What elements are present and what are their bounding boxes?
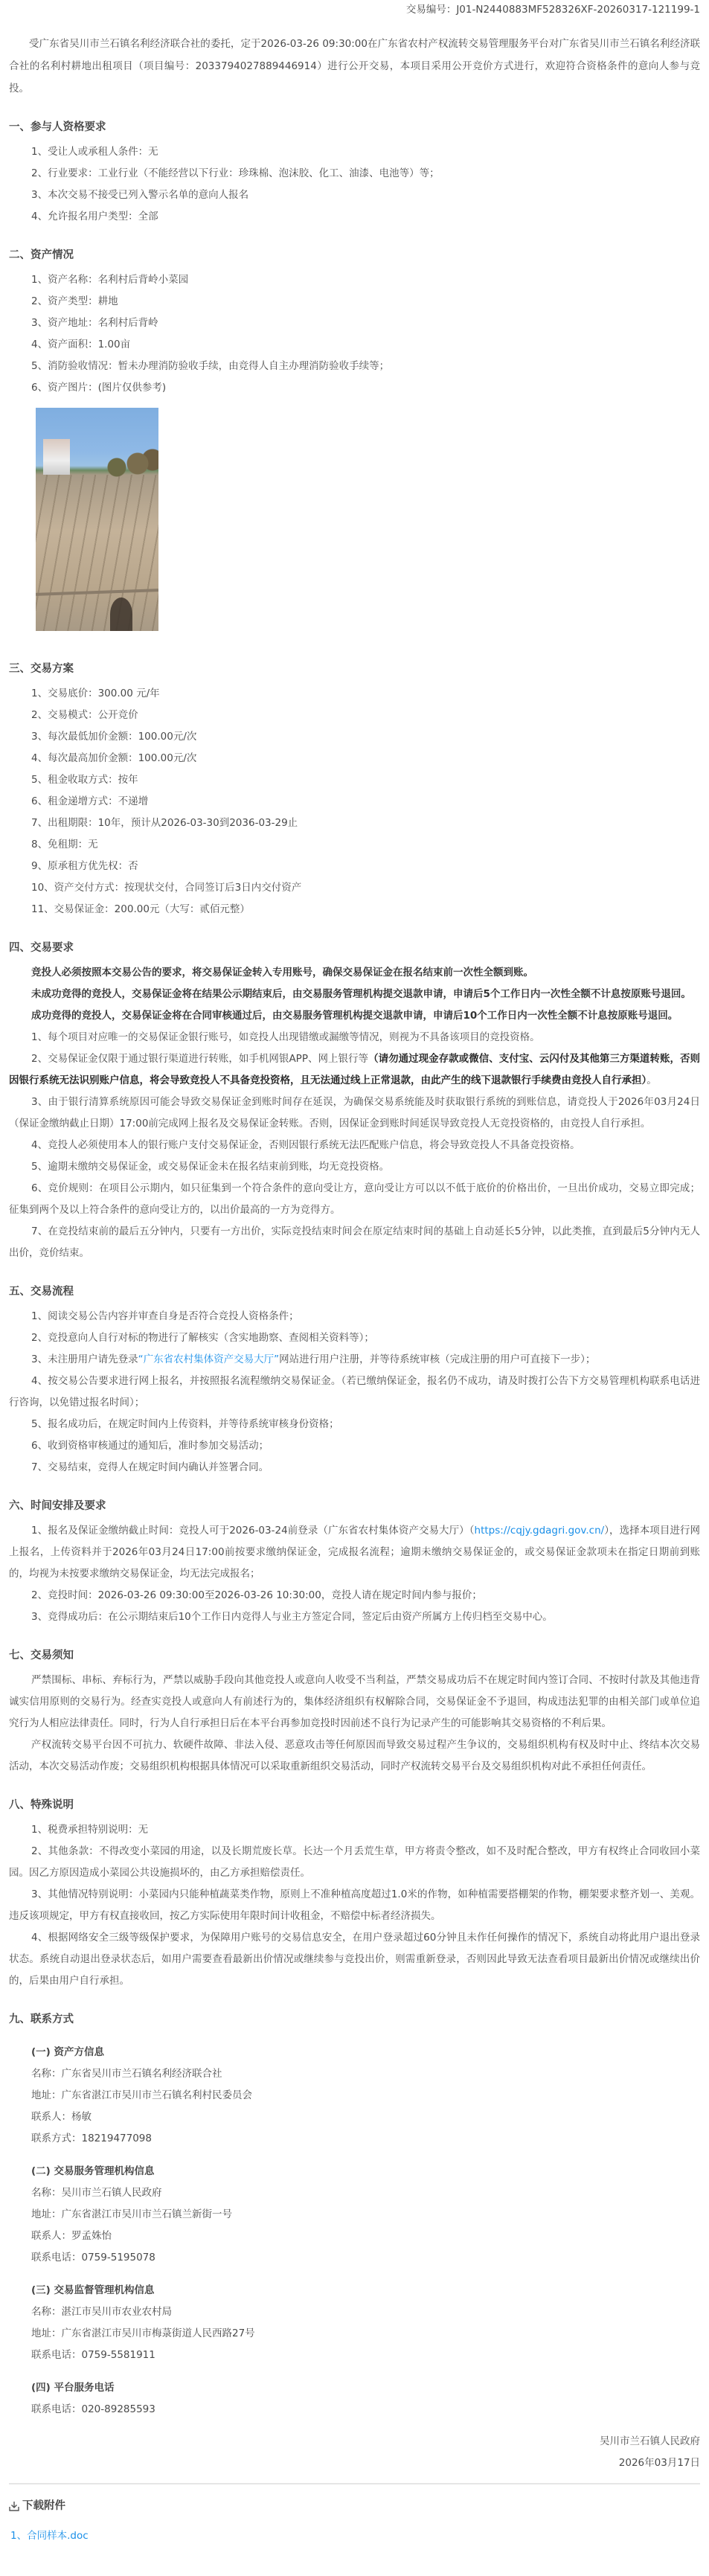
list-item: 2、资产类型：耕地 <box>9 291 700 313</box>
list-item: 1、受让人或承租人条件：无 <box>9 141 700 163</box>
list-item: 6、竞价规则：在项目公示期内，如只征集到一个符合条件的意向受让方，意向受让方可以… <box>9 1178 700 1221</box>
photo-house <box>43 439 70 475</box>
contact-name: 名称：广东省吴川市兰石镇名利经济联合社 <box>9 2063 700 2085</box>
list-item: 6、资产图片：(图片仅供参考) <box>9 377 700 399</box>
signature-date: 2026年03月17日 <box>9 2452 700 2474</box>
contact-subtitle: (二) 交易服务管理机构信息 <box>9 2160 700 2182</box>
list-item: 4、资产面积：1.00亩 <box>9 334 700 356</box>
list-item: 4、竞投人必须使用本人的银行账户支付交易保证金，否则因银行系统无法匹配账户信息，… <box>9 1135 700 1156</box>
list-item: 7、在竞投结束前的最后五分钟内，只要有一方出价，实际竞投结束时间会在原定结束时间… <box>9 1221 700 1264</box>
list-item: 6、收到资格审核通过的通知后，准时参加交易活动； <box>9 1435 700 1457</box>
list-item: 2、其他条款：不得改变小菜园的用途，以及长期荒废长草。长达一个月丢荒生草，甲方将… <box>9 1841 700 1884</box>
section-title: 二、资产情况 <box>9 244 700 266</box>
asset-photo[interactable] <box>36 408 158 631</box>
contact-phone: 联系电话：0759-5581911 <box>9 2345 700 2366</box>
list-item: 2、交易保证金仅限于通过银行渠道进行转账，如手机网银APP、网上银行等（请勿通过… <box>9 1048 700 1092</box>
contact-phone: 联系方式：18219477098 <box>9 2128 700 2150</box>
section-title: 八、特殊说明 <box>9 1794 700 1816</box>
list-item: 3、资产地址：名利村后背岭 <box>9 313 700 334</box>
trade-number-value: J01-N2440883MF528326XF-20260317-121199-1 <box>456 4 700 16</box>
list-item: 5、租金收取方式：按年 <box>9 769 700 791</box>
deposit-requirement: 竞投人必须按照本交易公告的要求，将交易保证金转入专用账号，确保交易保证金在报名结… <box>9 962 700 984</box>
list-item: 4、根据网络安全三级等级保护要求，为保障用户账号的交易信息安全，在用户登录超过6… <box>9 1927 700 1992</box>
section-special-notes: 八、特殊说明 1、税费承担特别说明：无 2、其他条款：不得改变小菜园的用途，以及… <box>9 1794 700 1992</box>
download-icon <box>9 2501 19 2511</box>
attachment-link[interactable]: 1、合同样本.doc <box>9 2526 700 2546</box>
list-item: 6、租金递增方式：不递增 <box>9 791 700 813</box>
list-item: 2、竞投意向人自行对标的物进行了解核实（含实地勘察、查阅相关资料等）； <box>9 1327 700 1349</box>
list-item: 3、未注册用户请先登录“广东省农村集体资产交易大厅”网站进行用户注册，并等待系统… <box>9 1349 700 1371</box>
list-item: 3、其他情况特别说明：小菜园内只能种植蔬菜类作物，原则上不准种植高度超过1.0米… <box>9 1884 700 1927</box>
section-contacts: 九、联系方式 (一) 资产方信息 名称：广东省吴川市兰石镇名利经济联合社 地址：… <box>9 2008 700 2420</box>
section-title: 九、联系方式 <box>9 2008 700 2031</box>
attachments-section: 下载附件 1、合同样本.doc <box>9 2495 700 2546</box>
list-item: 2、竞投时间：2026-03-26 09:30:00至2026-03-26 10… <box>9 1585 700 1606</box>
list-item: 3、由于银行清算系统原因可能会导致交易保证金到账时间存在延误，为确保交易系统能及… <box>9 1092 700 1135</box>
intro-paragraph: 受广东省吴川市兰石镇名利经济联合社的委托，定于2026-03-26 09:30:… <box>9 33 700 100</box>
item-end: 。 <box>647 1074 657 1086</box>
list-item: 2、行业要求：工业行业（不能经营以下行业：珍珠棉、泡沫胶、化工、油漆、电池等）等… <box>9 163 700 185</box>
list-item: 5、消防验收情况：暂未办理消防验收手续，由竞得人自主办理消防验收手续等； <box>9 356 700 377</box>
photo-shadow <box>110 597 132 631</box>
item-text: 网站进行用户注册，并等待系统审核（完成注册的用户可直接下一步）； <box>279 1353 595 1365</box>
item-text: 1、报名及保证金缴纳截止时间：竞投人可于2026-03-24前登录（广东省农村集… <box>31 1525 475 1537</box>
contact-address: 地址：广东省湛江市吴川市兰石镇兰新街一号 <box>9 2204 700 2226</box>
section-title: 三、交易方案 <box>9 658 700 680</box>
contact-subtitle: (三) 交易监督管理机构信息 <box>9 2279 700 2301</box>
contact-person: 联系人：罗孟姝怡 <box>9 2226 700 2247</box>
contact-name: 名称：吴川市兰石镇人民政府 <box>9 2182 700 2204</box>
section-title: 一、参与人资格要求 <box>9 116 700 138</box>
section-schedule: 六、时间安排及要求 1、报名及保证金缴纳截止时间：竞投人可于2026-03-24… <box>9 1495 700 1628</box>
signature-org: 吴川市兰石镇人民政府 <box>9 2431 700 2452</box>
section-title: 六、时间安排及要求 <box>9 1495 700 1517</box>
contact-phone: 联系电话：020-89285593 <box>9 2399 700 2420</box>
list-item: 2、交易模式：公开竞价 <box>9 705 700 726</box>
refund-unsuccessful: 未成功竞得的竞投人，交易保证金将在结果公示期结束后，由交易服务管理机构提交退款申… <box>9 984 700 1005</box>
list-item: 5、逾期未缴纳交易保证金，或交易保证金未在报名结束前到账，均无竞投资格。 <box>9 1156 700 1178</box>
contact-subtitle: (一) 资产方信息 <box>9 2041 700 2063</box>
list-item: 9、原承租方优先权：否 <box>9 856 700 877</box>
list-item: 3、每次最低加价金额：100.00元/次 <box>9 726 700 748</box>
list-item: 1、交易底价：300.00 元/年 <box>9 683 700 705</box>
list-item: 10、资产交付方式：按现状交付，合同签订后3日内交付资产 <box>9 877 700 899</box>
photo-field-rows <box>36 475 158 631</box>
notice-paragraph: 严禁围标、串标、弃标行为，严禁以威胁手段向其他竞投人或意向人收受不当利益，严禁交… <box>9 1670 700 1734</box>
list-item: 4、每次最高加价金额：100.00元/次 <box>9 748 700 769</box>
list-item: 8、免租期：无 <box>9 834 700 856</box>
trading-hall-link[interactable]: “广东省农村集体资产交易大厅” <box>138 1353 280 1365</box>
trade-number: 交易编号：J01-N2440883MF528326XF-20260317-121… <box>9 0 700 18</box>
contact-supervision-org: (三) 交易监督管理机构信息 名称：湛江市吴川市农业农村局 地址：广东省湛江市吴… <box>9 2279 700 2366</box>
section-title: 七、交易须知 <box>9 1644 700 1667</box>
section-title: 四、交易要求 <box>9 937 700 959</box>
contact-service-org: (二) 交易服务管理机构信息 名称：吴川市兰石镇人民政府 地址：广东省湛江市吴川… <box>9 2160 700 2269</box>
announcement-page: 交易编号：J01-N2440883MF528326XF-20260317-121… <box>0 0 709 2576</box>
item-text: 3、未注册用户请先登录 <box>31 1353 138 1365</box>
list-item: 3、竞得成功后：在公示期结束后10个工作日内竞得人与业主方签定合同，签定后由资产… <box>9 1606 700 1628</box>
contact-asset-party: (一) 资产方信息 名称：广东省吴川市兰石镇名利经济联合社 地址：广东省湛江市吴… <box>9 2041 700 2150</box>
list-item: 3、本次交易不接受已列入警示名单的意向人报名 <box>9 185 700 206</box>
list-item: 5、报名成功后，在规定时间内上传资料，并等待系统审核身份资格； <box>9 1414 700 1435</box>
trade-number-label: 交易编号： <box>406 4 457 16</box>
list-item: 7、出租期限：10年，预计从2026-03-30到2036-03-29止 <box>9 813 700 834</box>
refund-successful: 成功竞得的竞投人，交易保证金将在合同审核通过后，由交易服务管理机构提交退款申请，… <box>9 1005 700 1027</box>
section-asset-info: 二、资产情况 1、资产名称：名利村后背岭小菜园 2、资产类型：耕地 3、资产地址… <box>9 244 700 631</box>
section-trade-notice: 七、交易须知 严禁围标、串标、弃标行为，严禁以威胁手段向其他竞投人或意向人收受不… <box>9 1644 700 1778</box>
list-item: 1、资产名称：名利村后背岭小菜园 <box>9 269 700 291</box>
notice-paragraph: 产权流转交易平台因不可抗力、软硬件故障、非法入侵、恶意攻击等任何原因而导致交易过… <box>9 1734 700 1778</box>
platform-url-link[interactable]: https://cqjy.gdagri.gov.cn/ <box>475 1525 605 1537</box>
section-title: 五、交易流程 <box>9 1281 700 1303</box>
contact-address: 地址：广东省湛江市吴川市梅菉街道人民西路27号 <box>9 2323 700 2345</box>
divider <box>9 2483 700 2484</box>
contact-address: 地址：广东省湛江市吴川市兰石镇名利村民委员会 <box>9 2085 700 2106</box>
contact-phone: 联系电话：0759-5195078 <box>9 2247 700 2269</box>
contact-person: 联系人：杨敏 <box>9 2106 700 2128</box>
list-item: 1、每个项目对应唯一的交易保证金银行账号，如竞投人出现错缴或漏缴等情况，则视为不… <box>9 1027 700 1048</box>
list-item: 1、税费承担特别说明：无 <box>9 1819 700 1841</box>
list-item: 1、阅读交易公告内容并审查自身是否符合竞投人资格条件； <box>9 1306 700 1327</box>
list-item: 4、允许报名用户类型：全部 <box>9 206 700 228</box>
contact-name: 名称：湛江市吴川市农业农村局 <box>9 2301 700 2323</box>
attachments-title: 下载附件 <box>9 2495 700 2517</box>
signature-block: 吴川市兰石镇人民政府 2026年03月17日 <box>9 2431 700 2474</box>
contact-platform: (四) 平台服务电话 联系电话：020-89285593 <box>9 2377 700 2420</box>
contact-subtitle: (四) 平台服务电话 <box>9 2377 700 2399</box>
section-trade-plan: 三、交易方案 1、交易底价：300.00 元/年 2、交易模式：公开竞价 3、每… <box>9 658 700 920</box>
section-trade-requirements: 四、交易要求 竞投人必须按照本交易公告的要求，将交易保证金转入专用账号，确保交易… <box>9 937 700 1264</box>
list-item: 7、交易结束，竞得人在规定时间内确认并签署合同。 <box>9 1457 700 1478</box>
list-item: 1、报名及保证金缴纳截止时间：竞投人可于2026-03-24前登录（广东省农村集… <box>9 1520 700 1585</box>
asset-photo-wrapper <box>9 408 700 631</box>
item-text: 2、交易保证金仅限于通过银行渠道进行转账，如手机网银APP、网上银行等 <box>31 1053 368 1065</box>
list-item: 11、交易保证金：200.00元（大写：贰佰元整） <box>9 899 700 920</box>
section-participant-requirements: 一、参与人资格要求 1、受让人或承租人条件：无 2、行业要求：工业行业（不能经营… <box>9 116 700 228</box>
list-item: 4、按交易公告要求进行网上报名，并按照报名流程缴纳交易保证金。（若已缴纳保证金，… <box>9 1371 700 1414</box>
section-trade-process: 五、交易流程 1、阅读交易公告内容并审查自身是否符合竞投人资格条件； 2、竞投意… <box>9 1281 700 1478</box>
attachments-title-label: 下载附件 <box>22 2495 65 2517</box>
